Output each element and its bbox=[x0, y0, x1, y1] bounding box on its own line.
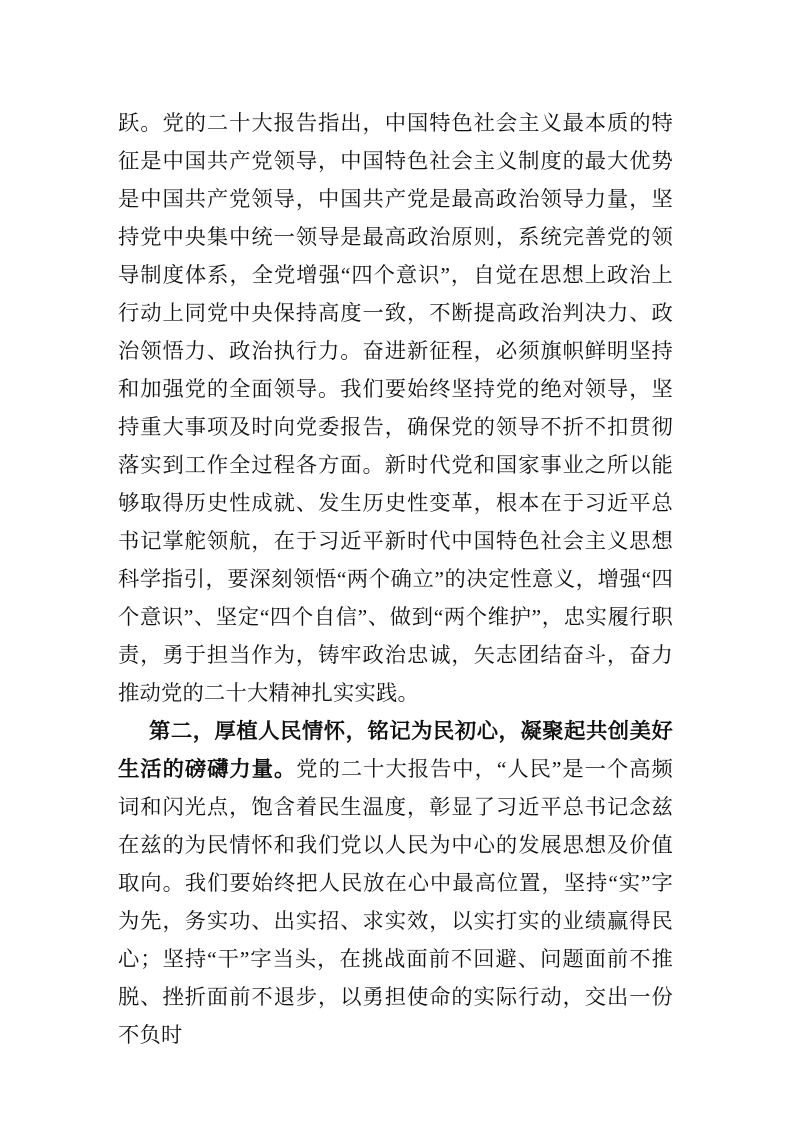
document-text-area: 跃。党的二十大报告指出，中国特色社会主义最本质的特征是中国共产党领导，中国特色社… bbox=[118, 104, 673, 1054]
paragraph-continuation: 跃。党的二十大报告指出，中国特色社会主义最本质的特征是中国共产党领导，中国特色社… bbox=[118, 104, 673, 712]
body-text-run: 党的二十大报告中，“人民”是一个高频词和闪光点，饱含着民生温度，彰显了习近平总书… bbox=[118, 757, 673, 1047]
paragraph-second-point: 第二，厚植人民情怀，铭记为民初心，凝聚起共创美好生活的磅礴力量。党的二十大报告中… bbox=[118, 712, 673, 1054]
body-text-run: 跃。党的二十大报告指出，中国特色社会主义最本质的特征是中国共产党领导，中国特色社… bbox=[118, 111, 673, 705]
document-page: 跃。党的二十大报告指出，中国特色社会主义最本质的特征是中国共产党领导，中国特色社… bbox=[0, 0, 793, 1122]
